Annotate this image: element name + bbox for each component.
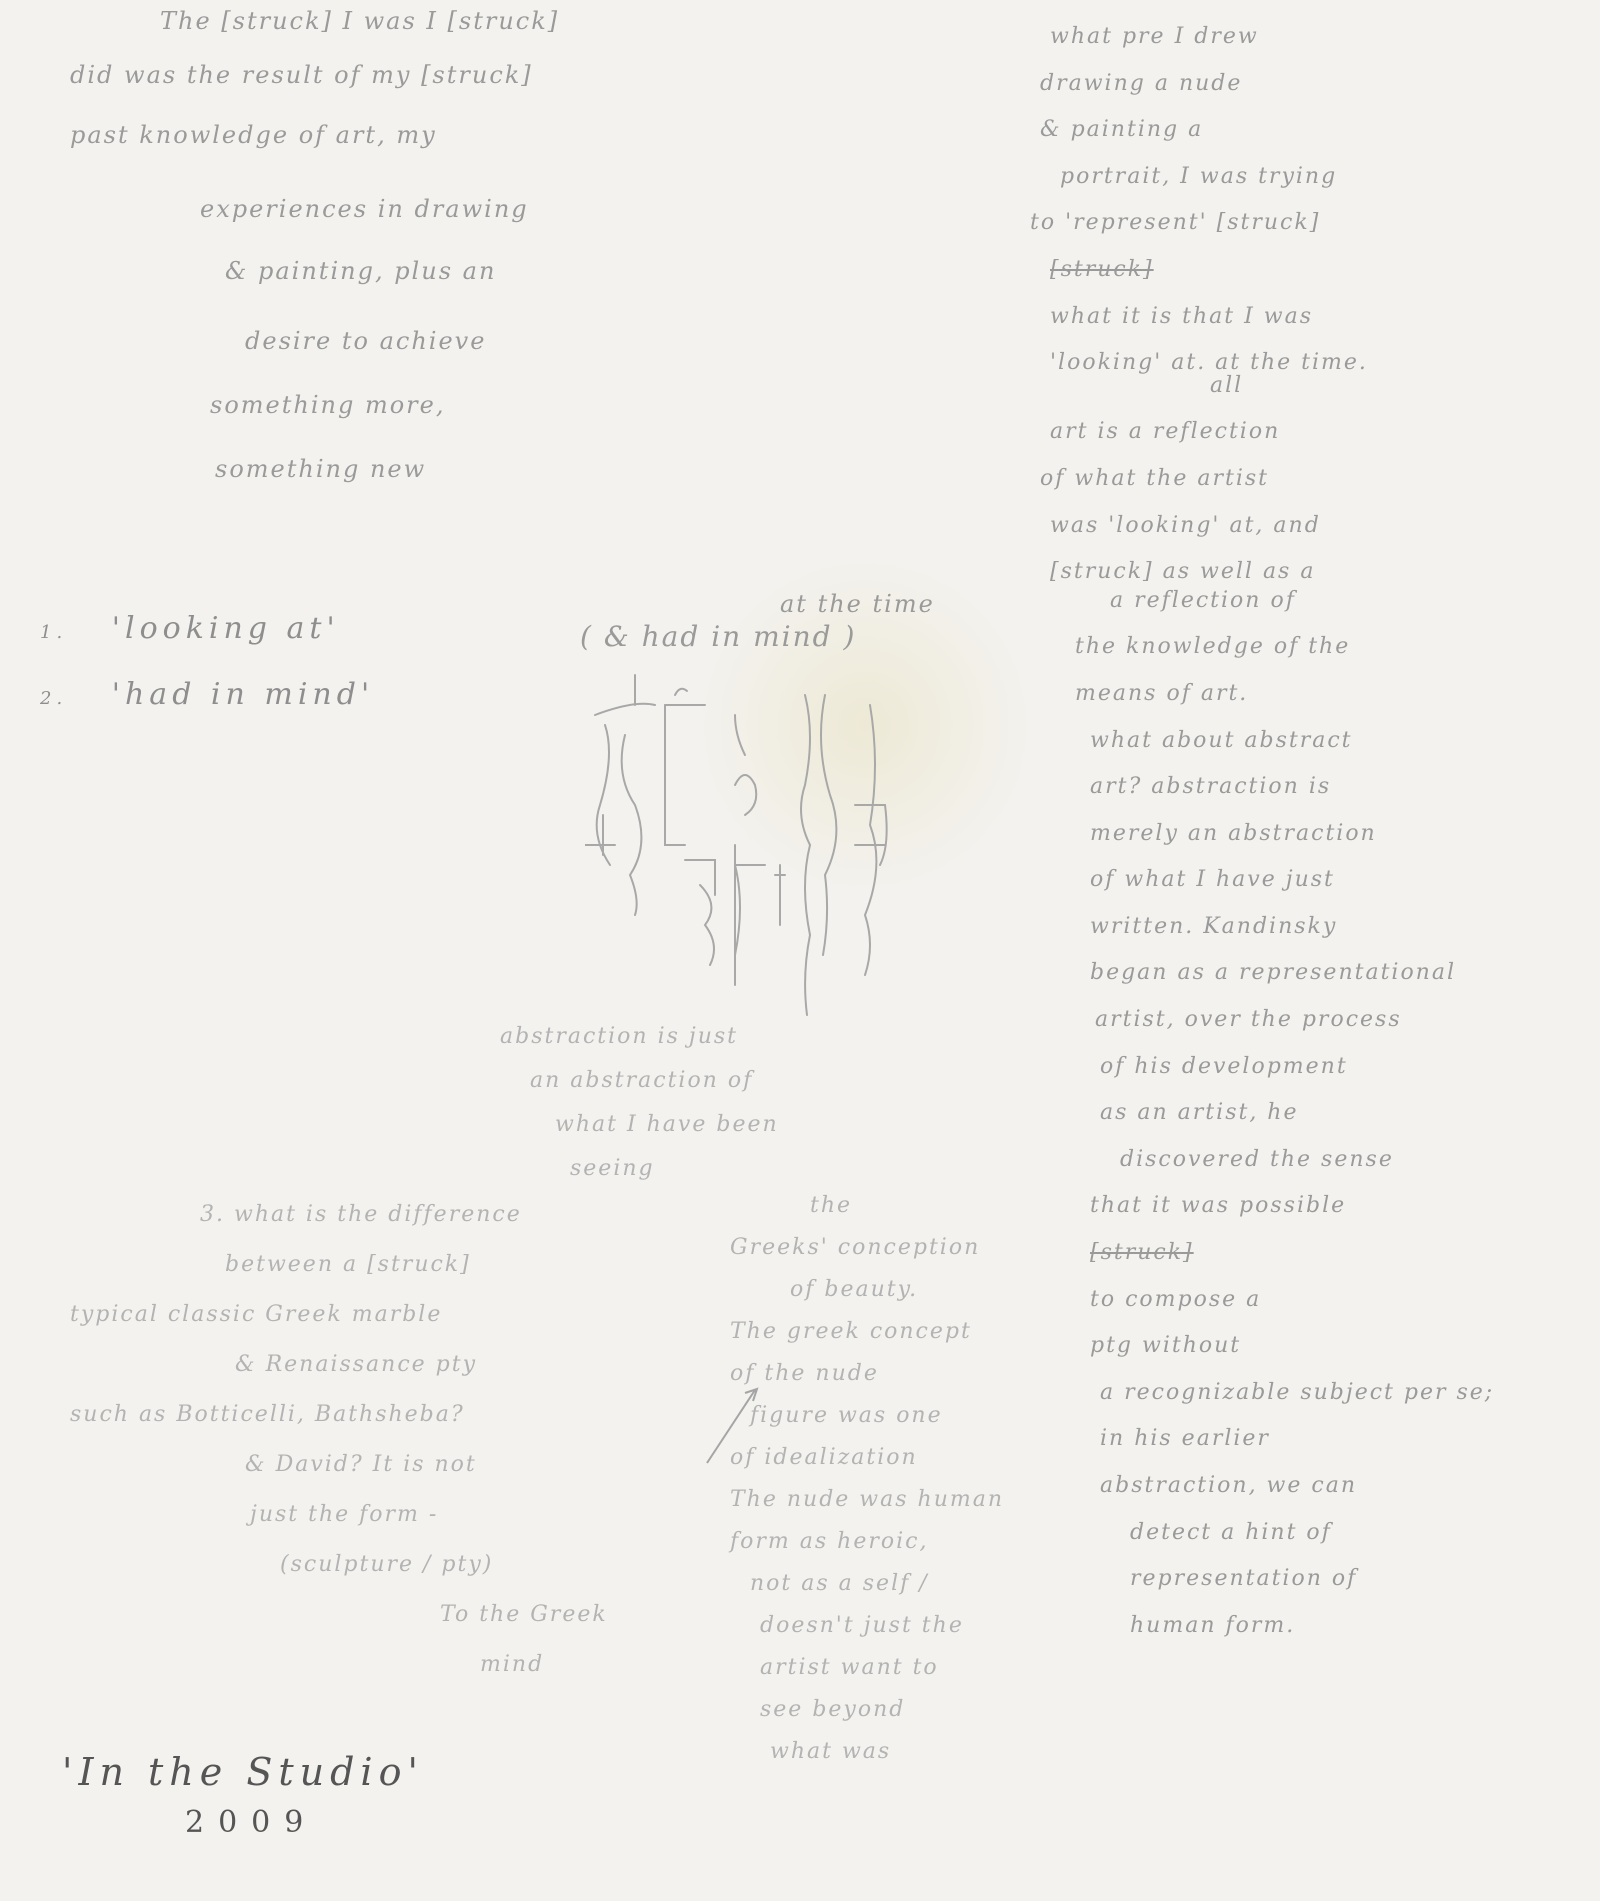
note-line: between a [struck] [70, 1240, 608, 1290]
note-line: abstraction, we can [1030, 1463, 1494, 1510]
note-line: abstraction is just [500, 1015, 779, 1059]
note-line: began as a representational [1030, 950, 1494, 997]
note-line: of his development [1030, 1044, 1494, 1091]
note-line: not as a self / [730, 1563, 1004, 1605]
note-line: & David? It is not [70, 1440, 608, 1490]
note-line: doesn't just the [730, 1605, 1004, 1647]
list-item: 1. 'looking at' [40, 598, 374, 664]
center-below-sketch: abstraction is just an abstraction of wh… [500, 1015, 779, 1191]
note-line: what pre I drew [1030, 14, 1494, 61]
note-line: something new [70, 442, 559, 496]
note-line: written. Kandinsky [1030, 904, 1494, 951]
note-line: to 'represent' [struck] [1030, 200, 1494, 247]
note-line: what I have been [500, 1103, 779, 1147]
note-line: typical classic Greek marble [70, 1290, 608, 1340]
note-line: detect a hint of [1030, 1510, 1494, 1557]
note-line: The [struck] I was I [struck] [70, 0, 559, 48]
note-line: artist, over the process [1030, 997, 1494, 1044]
list-num: 2. [40, 688, 67, 709]
note-line: desire to achieve [70, 314, 559, 368]
note-line: 3. what is the difference [70, 1190, 608, 1240]
list-item: 2. 'had in mind' [40, 664, 374, 730]
note-line: what it is that I was [1030, 294, 1494, 341]
note-line: To the Greek [70, 1590, 608, 1640]
note-line: of beauty. [730, 1269, 1004, 1311]
note-line: portrait, I was trying [1030, 154, 1494, 201]
note-line: of the nude [730, 1353, 1004, 1395]
note-line: Greeks' conception [730, 1227, 1004, 1269]
note-line: discovered the sense [1030, 1137, 1494, 1184]
note-line: as an artist, he [1030, 1090, 1494, 1137]
signature-title: 'In the Studio' [62, 1750, 424, 1794]
note-line: the knowledge of the [1030, 624, 1494, 671]
note-line: experiences in drawing [70, 182, 559, 236]
bottom-left-notes: 3. what is the difference between a [str… [70, 1190, 608, 1690]
list-text: 'looking at' [82, 611, 340, 646]
note-line: (sculpture / pty) [70, 1540, 608, 1590]
note-line: form as heroic, [730, 1521, 1004, 1563]
note-line: drawing a nude [1030, 61, 1494, 108]
note-line: of what I have just [1030, 857, 1494, 904]
center-caption: at the time ( & had in mind ) [580, 590, 935, 653]
note-line: mind [70, 1640, 608, 1690]
note-line: of what the artist [1030, 456, 1494, 503]
note-line: [struck] [1030, 247, 1494, 294]
note-line: an abstraction of [500, 1059, 779, 1103]
note-line: The greek concept [730, 1311, 1004, 1353]
note-line: ptg without [1030, 1323, 1494, 1370]
note-line: something more, [70, 378, 559, 432]
note-line: art is a reflection [1030, 409, 1494, 456]
note-line: in his earlier [1030, 1416, 1494, 1463]
note-line: a recognizable subject per se; [1030, 1370, 1494, 1417]
numbered-list: 1. 'looking at' 2. 'had in mind' [40, 598, 374, 730]
bottom-center-notes: the Greeks' conception of beauty. The gr… [730, 1185, 1004, 1773]
note-line: [struck] [1030, 1230, 1494, 1277]
note-line: The nude was human [730, 1479, 1004, 1521]
note-line: what about abstract [1030, 718, 1494, 765]
list-text: 'had in mind' [82, 677, 374, 712]
note-line: to compose a [1030, 1277, 1494, 1324]
note-line: such as Botticelli, Bathsheba? [70, 1390, 608, 1440]
note-line: past knowledge of art, my [70, 108, 559, 162]
caption-superscript: at the time [580, 590, 935, 618]
note-line: see beyond [730, 1689, 1004, 1731]
note-line: merely an abstraction [1030, 811, 1494, 858]
note-line: means of art. [1030, 671, 1494, 718]
note-line: was 'looking' at, and [1030, 503, 1494, 550]
note-line: that it was possible [1030, 1183, 1494, 1230]
note-line: figure was one [730, 1395, 1004, 1437]
note-line: what was [730, 1731, 1004, 1773]
note-line: representation of [1030, 1556, 1494, 1603]
caption-line: ( & had in mind ) [580, 620, 935, 653]
note-line: just the form - [70, 1490, 608, 1540]
note-line: art? abstraction is [1030, 764, 1494, 811]
note-line: & painting a [1030, 107, 1494, 154]
list-num: 1. [40, 622, 67, 643]
note-line: & painting, plus an [70, 244, 559, 298]
note-line: artist want to [730, 1647, 1004, 1689]
top-left-notes: The [struck] I was I [struck] did was th… [70, 0, 559, 496]
note-line: & Renaissance pty [70, 1340, 608, 1390]
right-column-notes: what pre I drew drawing a nude & paintin… [1030, 14, 1494, 1649]
arrow-mark [705, 1385, 765, 1465]
pencil-sketch [585, 665, 1025, 1050]
note-line: the [730, 1185, 1004, 1227]
note-line: human form. [1030, 1603, 1494, 1650]
note-line: did was the result of my [struck] [70, 48, 559, 102]
note-line: of idealization [730, 1437, 1004, 1479]
signature-year: 2009 [185, 1805, 317, 1840]
